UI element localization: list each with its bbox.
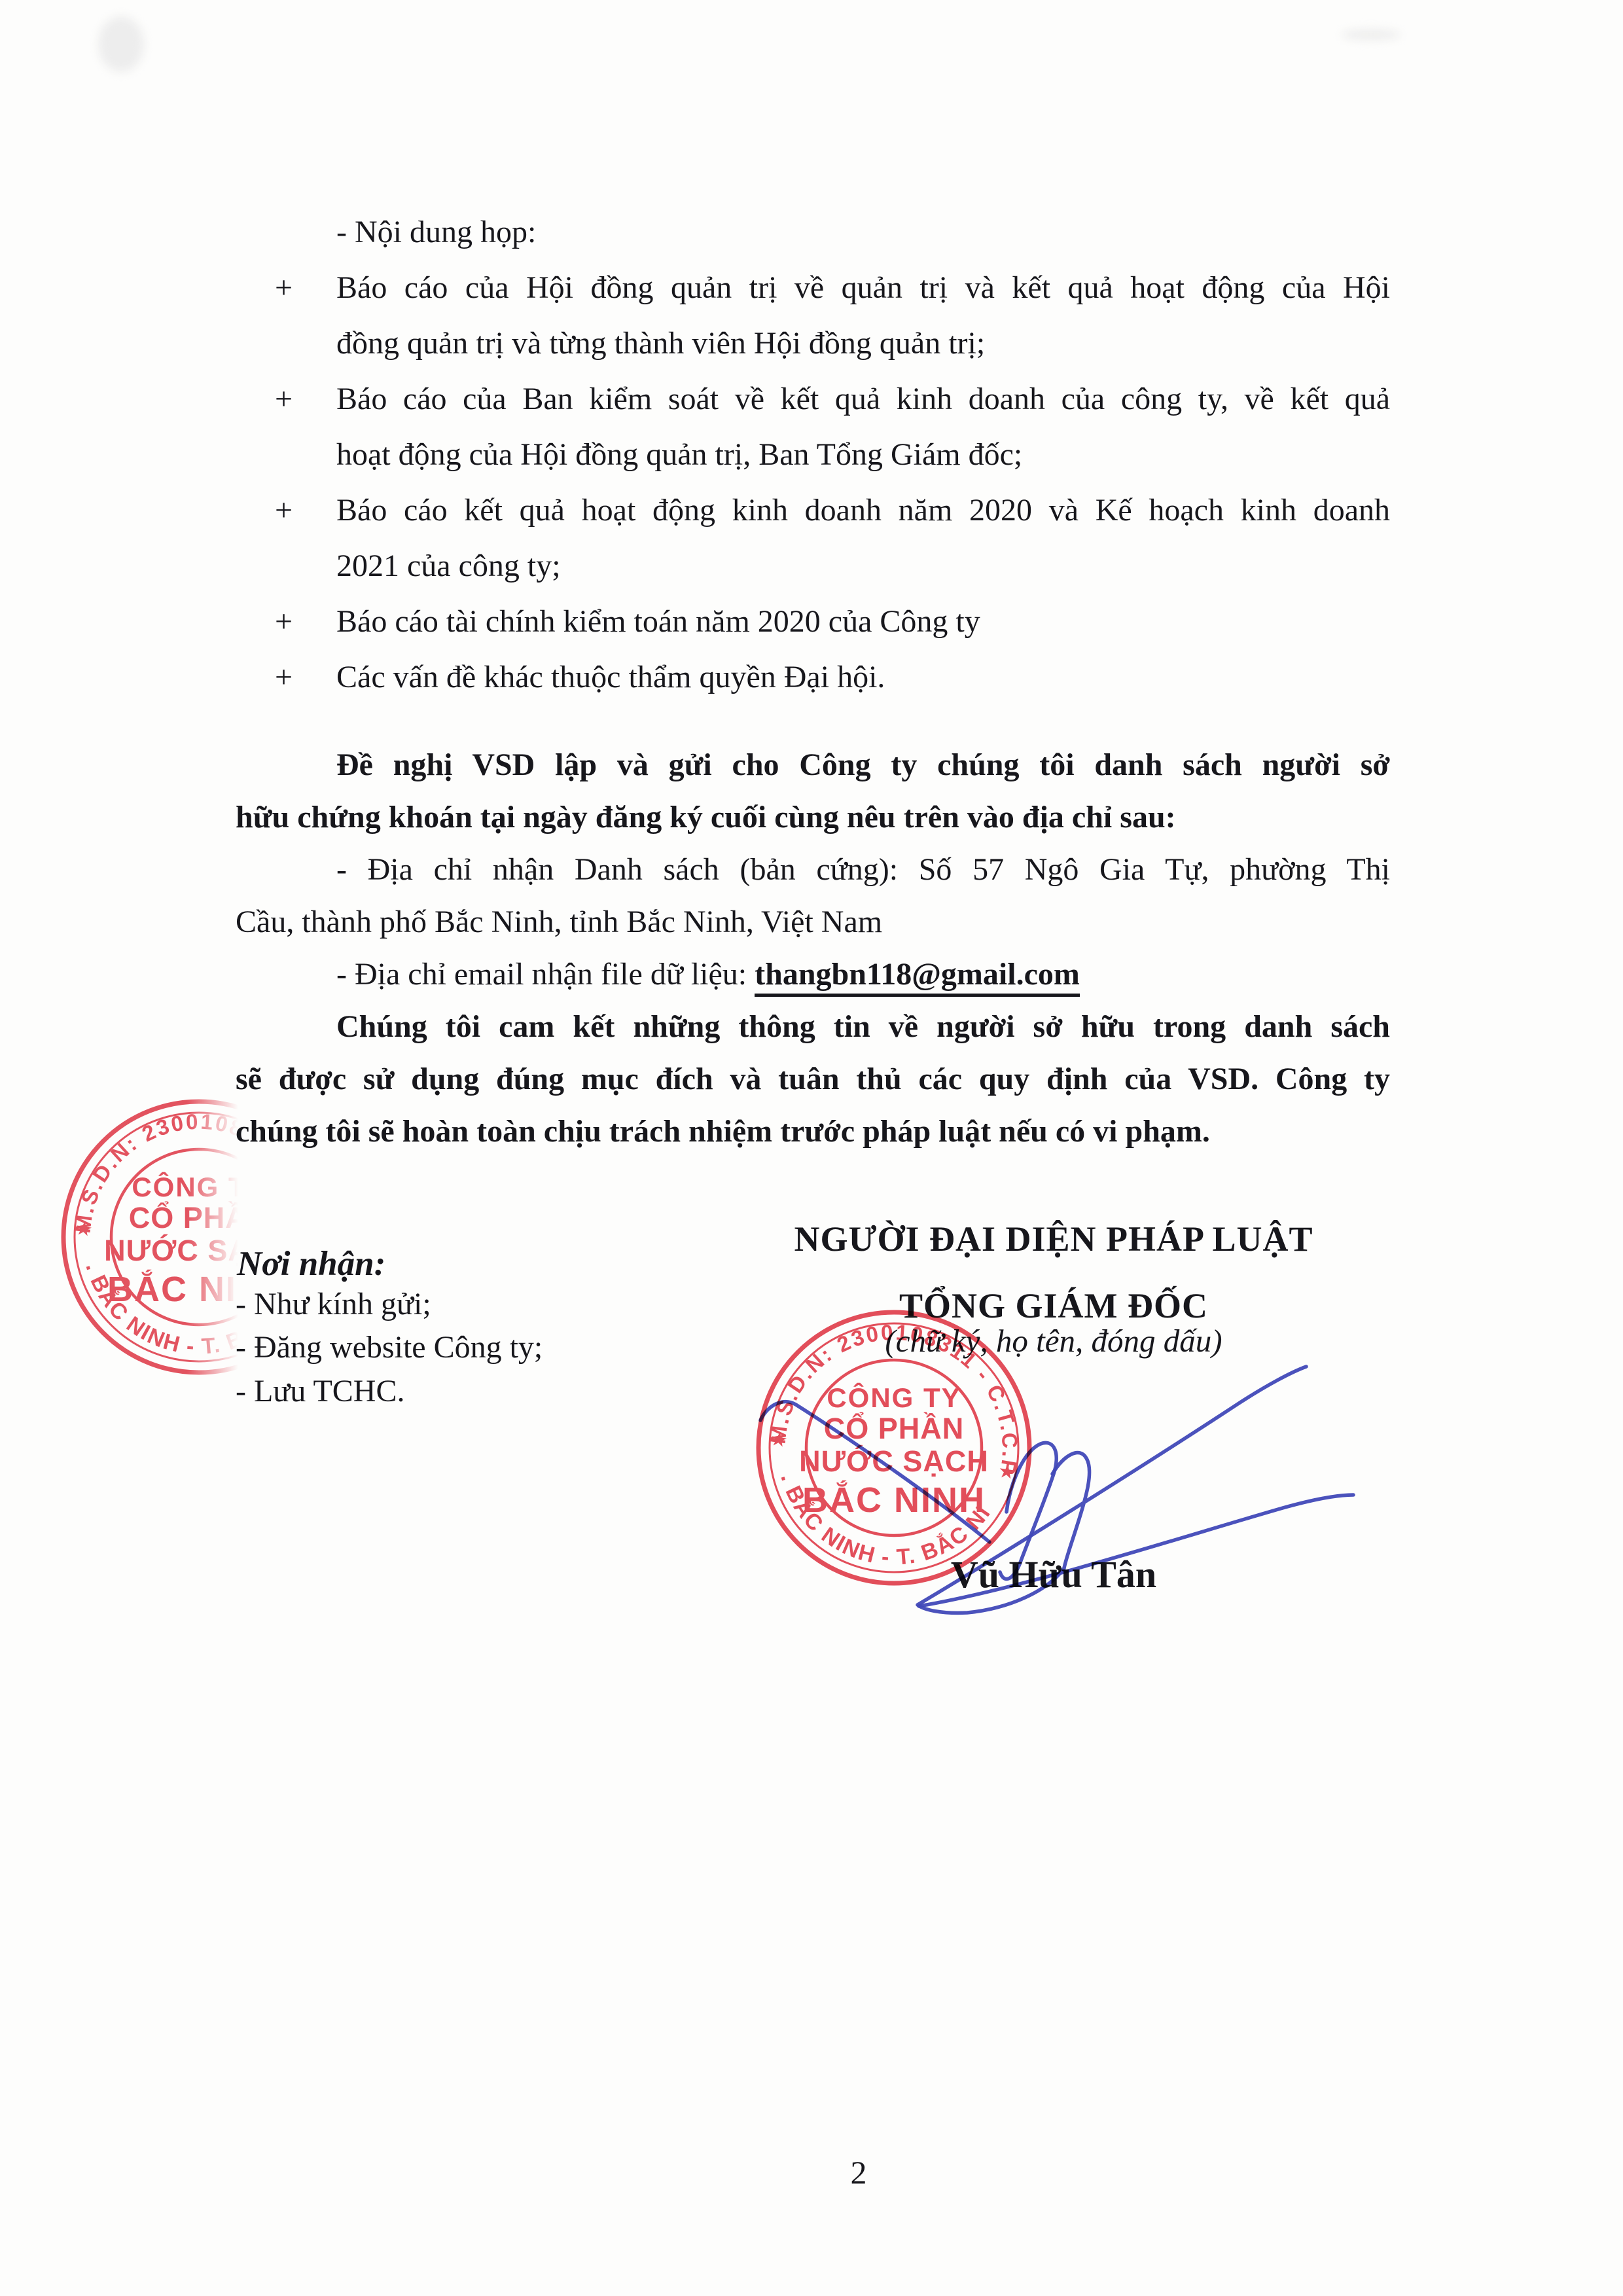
signature-stroke — [918, 1367, 1306, 1613]
scanned-letter-page: { "page_number": "2", "colors": { "ink":… — [0, 0, 1623, 2296]
signature-stroke — [1000, 1443, 1056, 1579]
handwritten-signature — [0, 0, 1623, 2296]
signature-stroke — [760, 1402, 990, 1542]
page-number: 2 — [832, 2153, 885, 2191]
signature-stroke — [919, 1495, 1353, 1606]
